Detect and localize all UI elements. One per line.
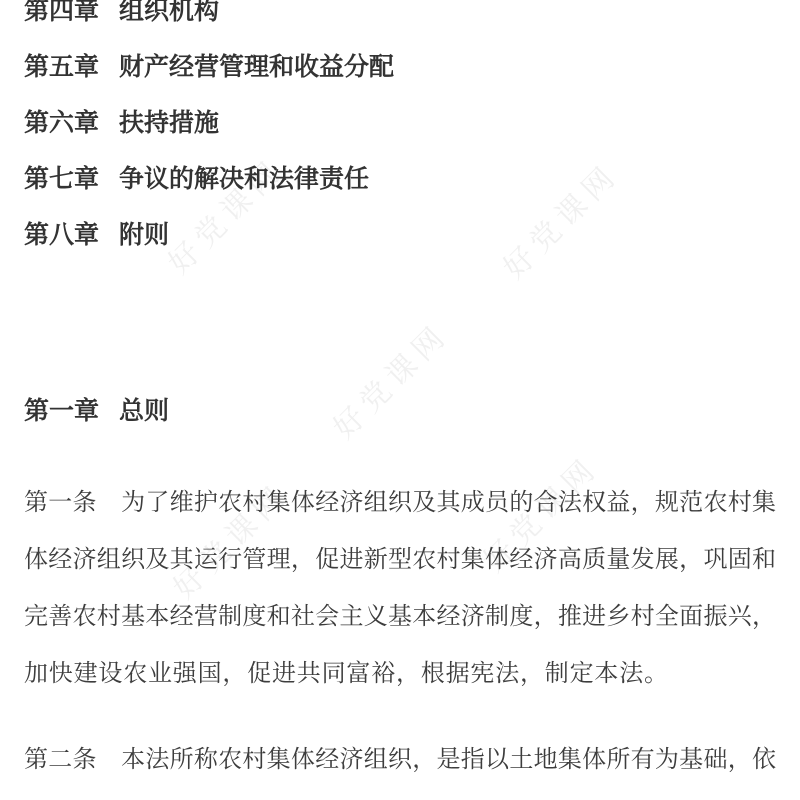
article-paragraph-1: 第一条 为了维护农村集体经济组织及其成员的合法权益，规范农村集体经济组织及其运行… [24, 474, 776, 702]
article-line: 加快建设农业强国，促进共同富裕，根据宪法，制定本法。 [24, 645, 776, 702]
chapter-title: 扶持措施 [119, 109, 219, 137]
chapter-number: 第四章 [24, 0, 99, 25]
section-title: 总则 [119, 397, 169, 425]
chapter-title: 财产经营管理和收益分配 [119, 53, 394, 81]
chapter-title: 附则 [119, 221, 169, 249]
chapter-number: 第五章 [24, 53, 99, 81]
toc-chapter-line: 第五章财产经营管理和收益分配 [24, 39, 776, 95]
article-line: 完善农村基本经营制度和社会主义基本经济制度，推进乡村全面振兴， [24, 588, 776, 645]
toc-chapter-line: 第四章组织机构 [24, 0, 776, 39]
chapter-title: 组织机构 [119, 0, 219, 25]
toc-chapter-line: 第七章争议的解决和法律责任 [24, 151, 776, 207]
document-content: 第四章组织机构 第五章财产经营管理和收益分配 第六章扶持措施 第七章争议的解决和… [0, 0, 800, 788]
article-line: 第二条 本法所称农村集体经济组织，是指以土地集体所有为基础，依 [24, 731, 776, 788]
article-line: 第一条 为了维护农村集体经济组织及其成员的合法权益，规范农村集 [24, 474, 776, 531]
article-line: 体经济组织及其运行管理，促进新型农村集体经济高质量发展，巩固和 [24, 531, 776, 588]
chapter-number: 第八章 [24, 221, 99, 249]
document-page: 好党课网好党课网好党课网好党课网好党课网 第四章组织机构 第五章财产经营管理和收… [0, 0, 800, 800]
chapter-number: 第七章 [24, 165, 99, 193]
toc-chapter-line: 第八章附则 [24, 207, 776, 263]
chapter-title: 争议的解决和法律责任 [119, 165, 369, 193]
article-paragraph-2: 第二条 本法所称农村集体经济组织，是指以土地集体所有为基础，依 [24, 731, 776, 788]
chapter-number: 第六章 [24, 109, 99, 137]
section-heading: 第一章总则 [24, 383, 776, 439]
chapter-toc: 第四章组织机构 第五章财产经营管理和收益分配 第六章扶持措施 第七章争议的解决和… [24, 0, 776, 263]
toc-chapter-line: 第六章扶持措施 [24, 95, 776, 151]
section-number: 第一章 [24, 397, 99, 425]
